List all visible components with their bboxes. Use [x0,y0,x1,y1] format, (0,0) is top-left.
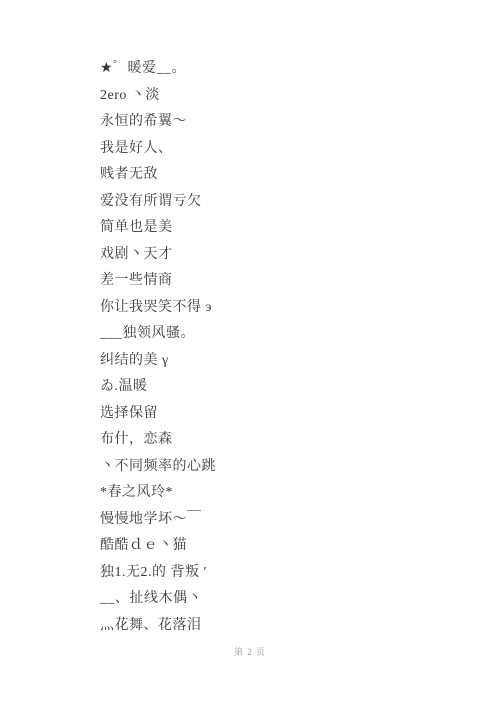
list-item: 差一些情商 [100,268,480,295]
list-item: 爱没有所谓亏欠 [100,189,480,216]
list-item: 我是好人、 [100,136,480,163]
list-item: 布什，恋森 [100,427,480,454]
page-number: 第 2 页 [0,645,500,658]
list-item: 永恒的希翼〜 [100,109,480,136]
list-item: 戏剧丶天才 [100,242,480,269]
list-item: 酷酷ｄｅ丶猫 [100,533,480,560]
list-item: *春之风玲* [100,480,480,507]
list-item: 独1.无2.的 背叛 ′ [100,560,480,587]
list-item: ゐ.温暖 [100,374,480,401]
list-item: ___独领风骚。 [100,321,480,348]
list-item: 灬花舞、花落泪 [100,613,480,640]
document-page: ★゜暖爱__。 2ero 丶淡 永恒的希翼〜 我是好人、 贱者无敌 爱没有所谓亏… [0,0,500,708]
list-item: ★゜暖爱__。 [100,56,480,83]
nickname-list: ★゜暖爱__。 2ero 丶淡 永恒的希翼〜 我是好人、 贱者无敌 爱没有所谓亏… [100,56,480,639]
list-item: 你让我哭笑不得 э [100,295,480,322]
list-item: 慢慢地学坏〜￣ [100,507,480,534]
list-item: 2ero 丶淡 [100,83,480,110]
list-item: __、扯线木偶丶 [100,586,480,613]
list-item: 贱者无敌 [100,162,480,189]
list-item: 简单也是美 [100,215,480,242]
list-item: 丶不同频率的心跳 [100,454,480,481]
list-item: 选择保留 [100,401,480,428]
list-item: 纠结的美 γ [100,348,480,375]
